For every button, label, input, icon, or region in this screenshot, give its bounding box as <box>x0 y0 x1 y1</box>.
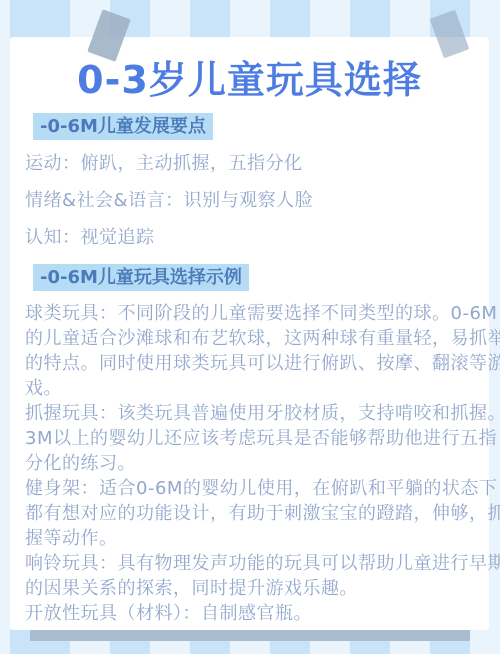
example-line: 响铃玩具：具有物理发声功能的玩具可以帮助儿童进行早期 <box>25 551 487 576</box>
example-line: 握等动作。 <box>25 526 487 551</box>
example-line: 戏。 <box>25 376 487 401</box>
example-line: 都有想对应的功能设计，有助于刺激宝宝的蹬踏，伸够，抓 <box>25 501 487 526</box>
example-line: 的特点。同时使用球类玩具可以进行俯趴、按摩、翻滚等游 <box>25 351 487 376</box>
development-section-body: 运动：俯趴，主动抓握，五指分化情绪&社会&语言：识别与观察人脸认知：视觉追踪 <box>25 153 485 264</box>
poster-background: 0-3岁儿童玩具选择 -0-6M儿童发展要点 运动：俯趴，主动抓握，五指分化情绪… <box>0 0 500 654</box>
examples-section-body: 球类玩具：不同阶段的儿童需要选择不同类型的球。0-6M的儿童适合沙滩球和布艺软球… <box>25 301 487 626</box>
example-line: 的儿童适合沙滩球和布艺软球，这两种球有重量轻，易抓举 <box>25 326 487 351</box>
example-line: 分化的练习。 <box>25 451 487 476</box>
card-shadow <box>30 630 470 641</box>
example-line: 开放性玩具（材料）：自制感官瓶。 <box>25 601 487 626</box>
example-line: 3M以上的婴幼儿还应该考虑玩具是否能够帮助他进行五指 <box>25 426 487 451</box>
example-line: 抓握玩具：该类玩具普遍使用牙胶材质，支持啃咬和抓握。 <box>25 401 487 426</box>
section-heading-examples: -0-6M儿童玩具选择示例 <box>33 264 249 291</box>
page-title: 0-3岁儿童玩具选择 <box>10 49 489 104</box>
section-heading-development: -0-6M儿童发展要点 <box>33 113 213 140</box>
note-card: 0-3岁儿童玩具选择 -0-6M儿童发展要点 运动：俯趴，主动抓握，五指分化情绪… <box>10 37 489 630</box>
development-line: 运动：俯趴，主动抓握，五指分化 <box>25 153 485 175</box>
development-line: 情绪&社会&语言：识别与观察人脸 <box>25 190 485 212</box>
development-line: 认知：视觉追踪 <box>25 227 485 249</box>
example-line: 健身架：适合0-6M的婴幼儿使用，在俯趴和平躺的状态下 <box>25 476 487 501</box>
example-line: 球类玩具：不同阶段的儿童需要选择不同类型的球。0-6M <box>25 301 487 326</box>
example-line: 的因果关系的探索，同时提升游戏乐趣。 <box>25 576 487 601</box>
